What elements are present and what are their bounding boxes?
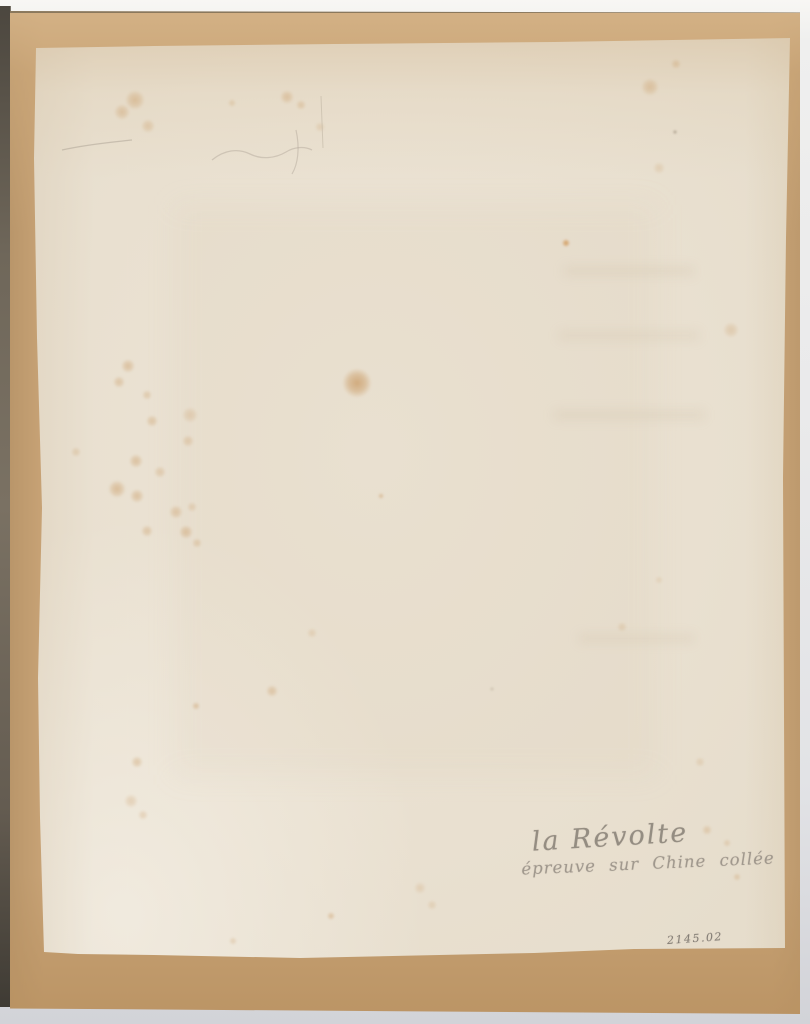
photograph-artwork-verso: la Révolte épreuve sur Chine collée 2145… <box>0 0 810 1024</box>
mount-board-edge <box>0 6 11 1007</box>
artwork-paper-verso: la Révolte épreuve sur Chine collée 2145… <box>34 38 790 960</box>
